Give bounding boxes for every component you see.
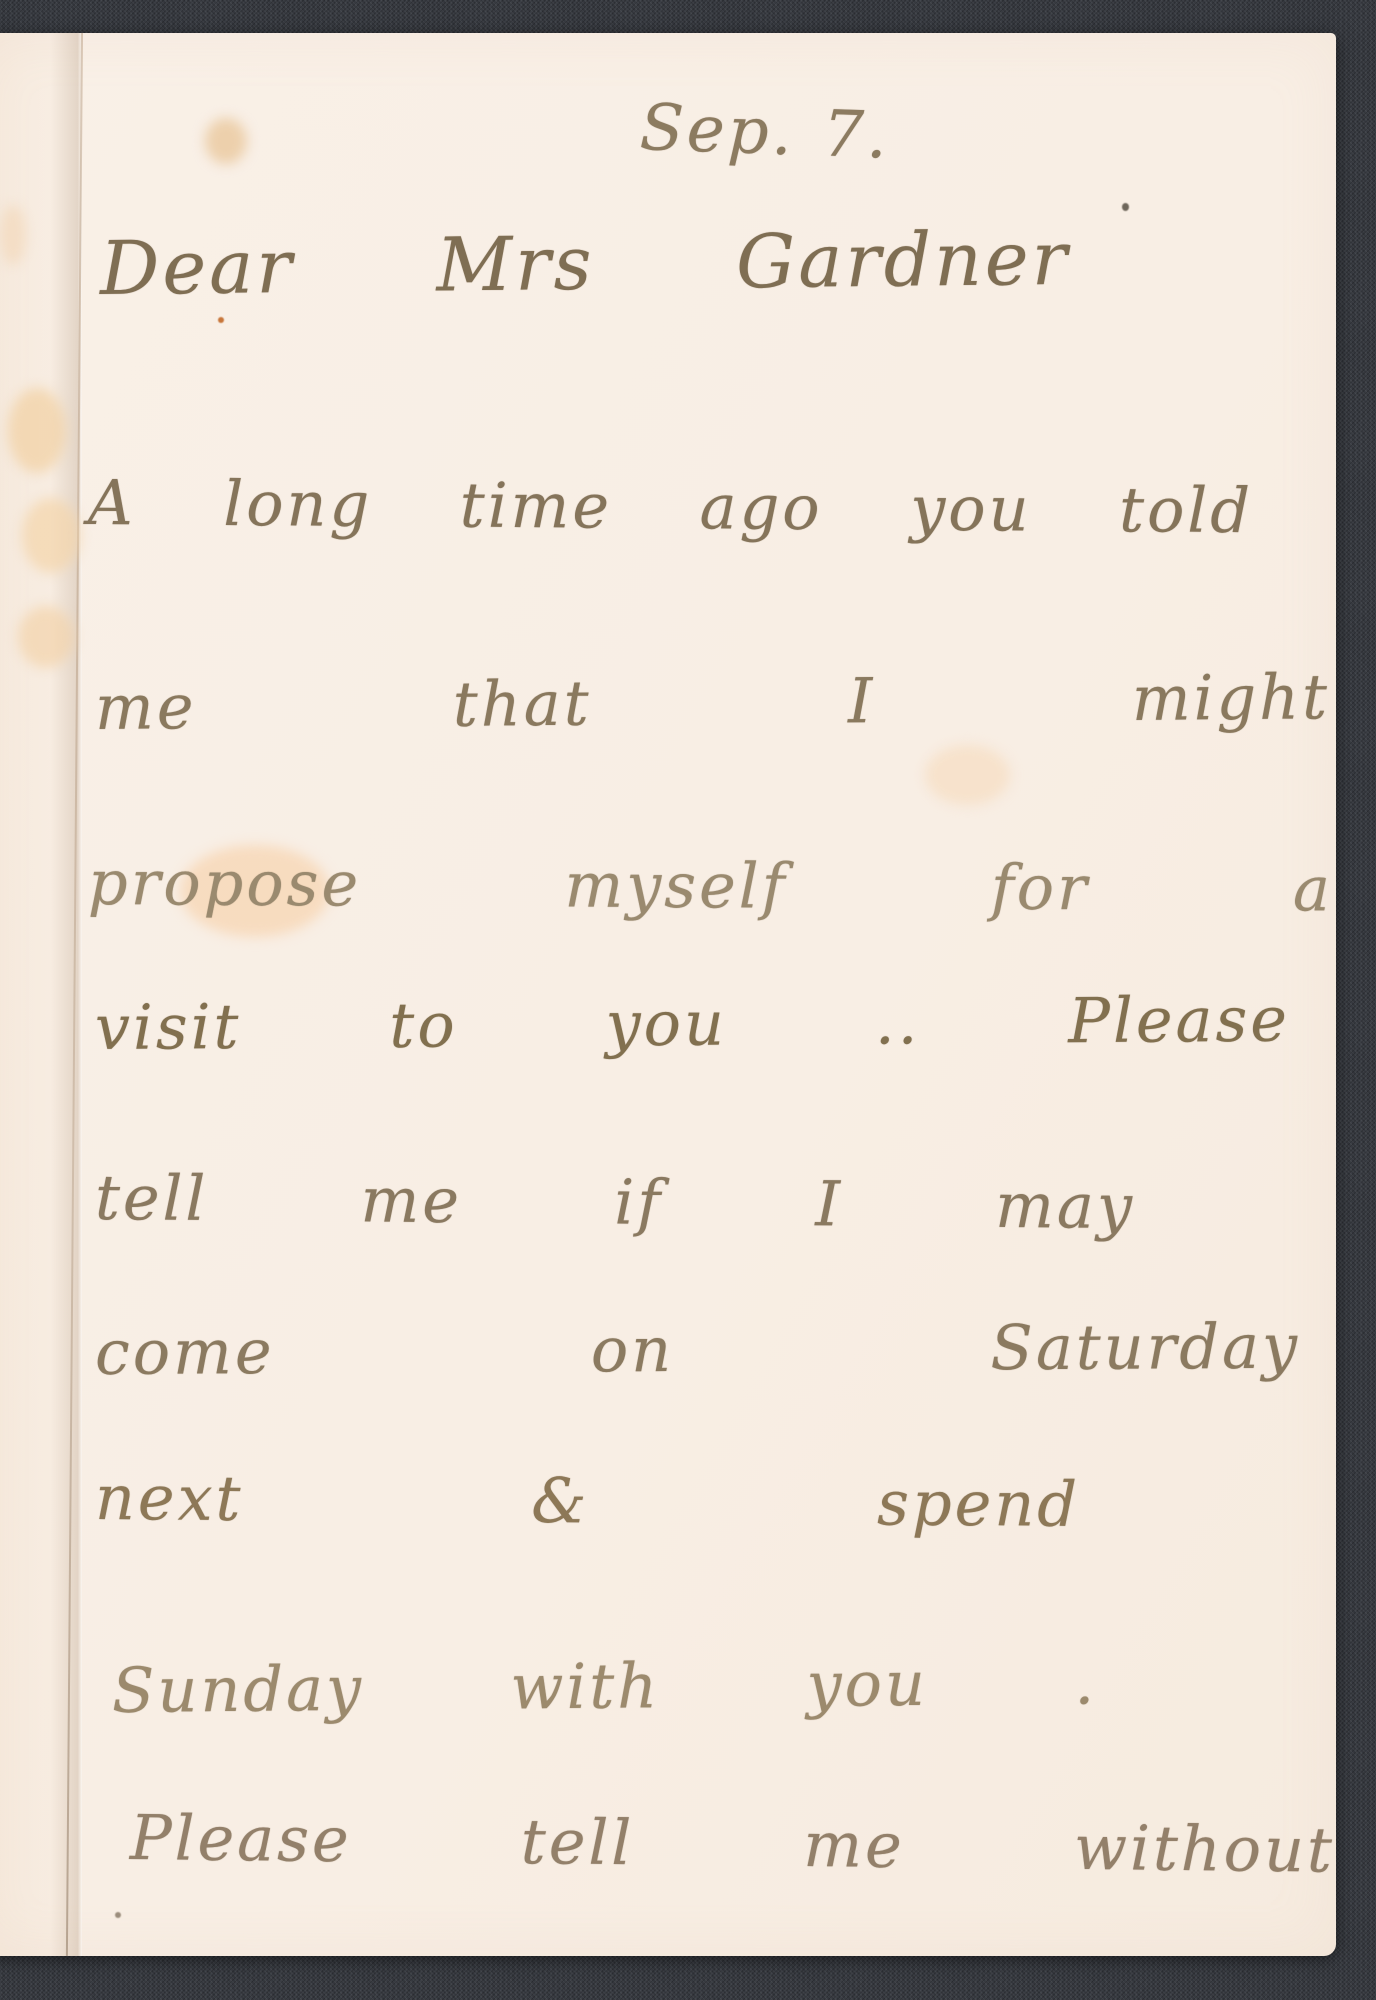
paper-stain <box>925 745 1010 805</box>
paper-stain <box>8 388 66 473</box>
paper-stain <box>0 205 26 265</box>
letter-line: Sunday with you . <box>112 1646 1098 1726</box>
letter-line: me that I might <box>95 661 1331 743</box>
paper-speck <box>1122 203 1129 211</box>
photo-background: Sep. 7. Dear Mrs Gardner A long time ago… <box>0 0 1376 2000</box>
paper-stain <box>18 606 74 668</box>
letter-line: come on Saturday <box>95 1311 1300 1389</box>
letter-date: Sep. 7. <box>639 92 891 174</box>
paper-speck <box>115 1912 121 1918</box>
letter-line: A long time ago you told <box>88 467 1253 546</box>
paper-stain <box>205 118 247 164</box>
paper-speck <box>218 317 224 323</box>
letter-page: Sep. 7. Dear Mrs Gardner A long time ago… <box>0 33 1336 1956</box>
paper-stain <box>22 498 80 573</box>
letter-line: Please tell me without <box>130 1802 1336 1886</box>
letter-line: visit to you .. Please <box>95 984 1290 1064</box>
letter-salutation: Dear Mrs Gardner <box>100 217 1071 312</box>
letter-line: next & spend <box>95 1462 1080 1540</box>
letter-line: tell me if I may <box>95 1162 1136 1242</box>
letter-line: propose myself for a <box>88 847 1333 925</box>
